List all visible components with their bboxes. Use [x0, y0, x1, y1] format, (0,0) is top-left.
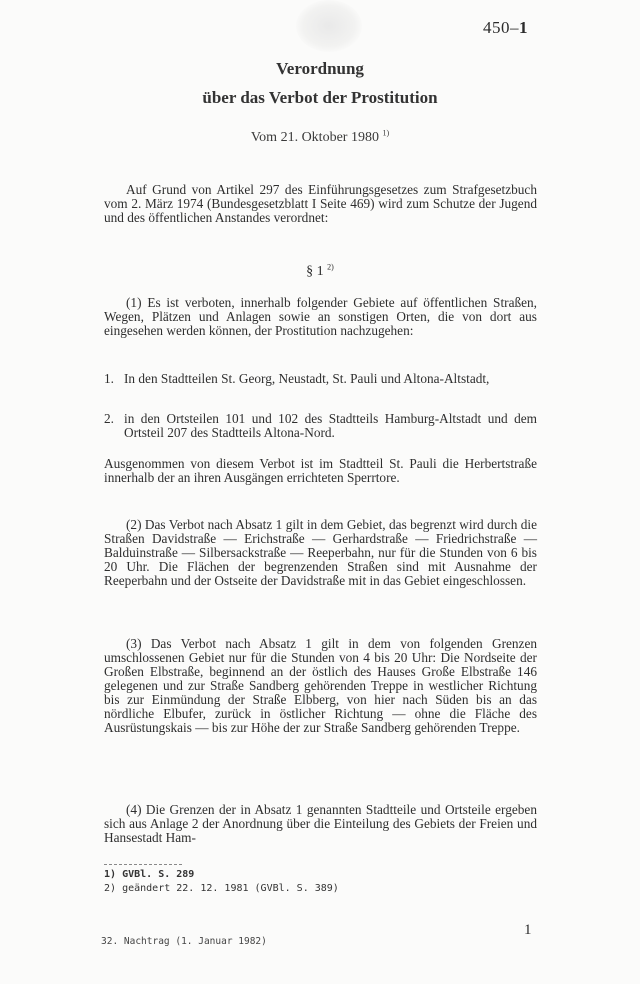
footnote-2: 2) geändert 22. 12. 1981 (GVBl. S. 389)	[104, 883, 339, 894]
list-number: 2.	[104, 412, 114, 426]
paragraph-4: (4) Die Grenzen der in Absatz 1 genannte…	[104, 803, 537, 845]
issue-date: Vom 21. Oktober 1980 1)	[0, 130, 640, 146]
list-item: 1. In den Stadtteilen St. Georg, Neustad…	[104, 372, 537, 386]
list-number: 1.	[104, 372, 114, 386]
paragraph-1: (1) Es ist verboten, innerhalb folgender…	[104, 296, 537, 338]
page-code-sub: 1	[519, 18, 528, 37]
exception-paragraph: Ausgenommen von diesem Verbot ist im Sta…	[104, 457, 537, 485]
footnote-ref-1[interactable]: 1)	[382, 128, 389, 137]
section-label: § 1	[306, 264, 324, 279]
footnote-ref-2[interactable]: 2)	[327, 262, 334, 271]
list-item: 2. in den Ortsteilen 101 und 102 des Sta…	[104, 412, 537, 440]
paragraph-3: (3) Das Verbot nach Absatz 1 gilt in dem…	[104, 637, 537, 735]
page-number: 1	[524, 922, 532, 939]
paragraph-2: (2) Das Verbot nach Absatz 1 gilt in dem…	[104, 518, 537, 588]
issue-date-text: Vom 21. Oktober 1980	[251, 130, 379, 145]
footnote-marker: 1)	[104, 869, 116, 880]
page-code-separator: –	[510, 18, 519, 37]
footnote-text: GVBl. S. 289	[122, 869, 194, 880]
page-code-main: 450	[483, 18, 510, 37]
scan-blot	[296, 0, 362, 52]
section-heading: § 1 2)	[0, 264, 640, 280]
document-title-line1: Verordnung	[0, 59, 640, 79]
list-text: In den Stadtteilen St. Georg, Neustadt, …	[124, 372, 537, 386]
supplement-note: 32. Nachtrag (1. Januar 1982)	[101, 936, 267, 947]
footnote-1: 1) GVBl. S. 289	[104, 869, 194, 880]
footnote-text: geändert 22. 12. 1981 (GVBl. S. 389)	[122, 883, 339, 894]
footnote-divider	[104, 864, 182, 865]
preamble: Auf Grund von Artikel 297 des Einführung…	[104, 183, 537, 225]
document-title-line2: über das Verbot der Prostitution	[0, 88, 640, 108]
list-text: in den Ortsteilen 101 und 102 des Stadtt…	[124, 412, 537, 440]
footnote-marker: 2)	[104, 883, 116, 894]
page-code: 450–1	[483, 18, 528, 38]
